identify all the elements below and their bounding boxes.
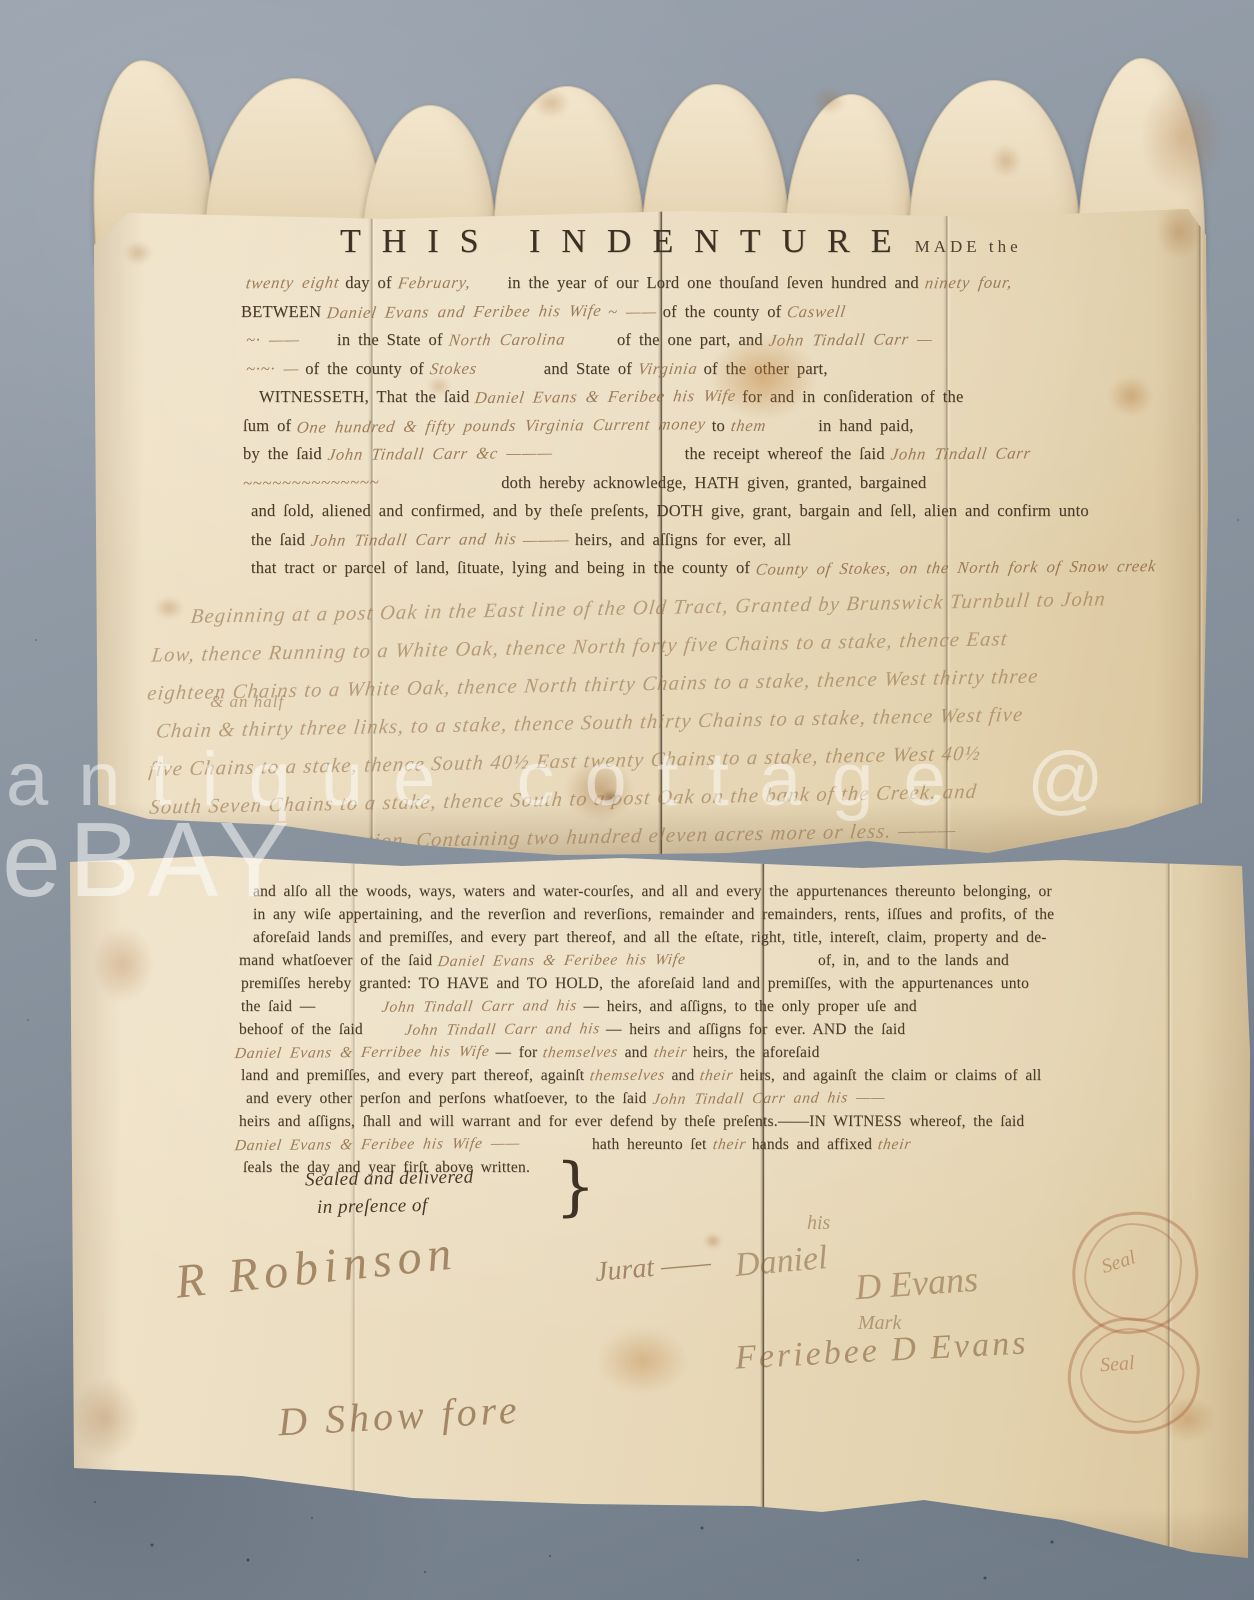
deed-line: land and premiſſes, and every part there… bbox=[238, 1064, 1254, 1087]
deed-line: the ſaid —John Tindall Carr and his— hei… bbox=[238, 995, 1254, 1018]
handwritten-text: ~·~· — bbox=[244, 354, 301, 383]
seal-label: Seal bbox=[1099, 1352, 1135, 1377]
handwritten-text: their bbox=[877, 1133, 913, 1156]
grantor2-signature: Feriebee D Evans bbox=[734, 1324, 1029, 1377]
witness-jurat-note: Jurat —— bbox=[594, 1247, 712, 1289]
deed-line: heirs and aſſigns, ſhall and will warran… bbox=[236, 1110, 1254, 1133]
handwritten-text: their bbox=[711, 1133, 747, 1156]
handwritten-text: John Tindall Carr and his bbox=[309, 525, 518, 555]
witness2-signature: D Show fore bbox=[277, 1386, 522, 1446]
deed-line: aforeſaid lands and premiſſes, and every… bbox=[250, 926, 1254, 949]
stain bbox=[1125, 58, 1240, 218]
attestation-brace: } bbox=[555, 1150, 596, 1224]
stain bbox=[700, 1230, 726, 1252]
handwritten-text: John Tindall Carr and his bbox=[381, 994, 579, 1019]
printed-text: in the State of bbox=[337, 330, 443, 349]
handwritten-text: ~~~~~~~~~~~~~~ bbox=[241, 468, 381, 498]
handwritten-text: ninety four, bbox=[923, 269, 1014, 298]
printed-text: heirs, the aforeſaid bbox=[693, 1044, 820, 1061]
printed-text: in hand paid, bbox=[818, 416, 913, 435]
printed-text: in any wiſe appertaining, and the reverſ… bbox=[253, 906, 1054, 923]
printed-text: ſum of bbox=[243, 416, 291, 435]
printed-text: by the ſaid bbox=[243, 444, 322, 463]
deed-line: ſum ofOne hundred & fifty pounds Virgini… bbox=[148, 412, 1158, 441]
stain bbox=[58, 1362, 153, 1474]
printed-text: premiſſes hereby granted: TO HAVE and TO… bbox=[241, 975, 1029, 992]
deed-line: premiſſes hereby granted: TO HAVE and TO… bbox=[238, 972, 1254, 995]
deed-line: and alſo all the woods, ways, waters and… bbox=[250, 880, 1254, 903]
printed-text: in the year of our Lord one thouſand ſev… bbox=[507, 273, 918, 292]
deed-line: the ſaidJohn Tindall Carr and his———heir… bbox=[148, 526, 1158, 555]
deed-upper-sheet: THIS INDENTUREMADE the twenty eightday o… bbox=[88, 55, 1210, 855]
stain bbox=[805, 82, 853, 120]
printed-text: and every other perſon and perſons whatſ… bbox=[246, 1090, 647, 1107]
handwritten-text: One hundred & fifty pounds Virginia Curr… bbox=[295, 410, 708, 442]
handwritten-text: twenty eight bbox=[244, 269, 341, 298]
printed-text: BETWEEN bbox=[241, 302, 321, 321]
witness-signature: R Robinson bbox=[173, 1225, 460, 1309]
handwritten-text: Daniel Evans & Feribee his Wife —— bbox=[233, 1132, 521, 1157]
handwritten-text: Daniel Evans and Feribee his Wife bbox=[325, 296, 603, 327]
printed-text: of the county of bbox=[305, 359, 424, 378]
printed-text: the receipt whereof the ſaid bbox=[685, 444, 885, 463]
printed-text: aforeſaid lands and premiſſes, and every… bbox=[253, 929, 1047, 946]
handwritten-text: Daniel Evans & Feribee his Wife bbox=[437, 948, 688, 973]
handwritten-text: John Tindall Carr and his —— bbox=[651, 1086, 887, 1111]
deed-line: by the ſaidJohn Tindall Carr &c ———the r… bbox=[148, 440, 1158, 469]
printed-text: — heirs and aſſigns for ever. AND the ſa… bbox=[606, 1021, 905, 1038]
handwritten-text: themselves bbox=[589, 1064, 667, 1088]
printed-text: behoof of the ſaid bbox=[239, 1021, 363, 1038]
handwritten-text: North Carolina bbox=[447, 325, 567, 355]
attestation-in-presence: in preſence of bbox=[317, 1195, 428, 1219]
stain bbox=[985, 138, 1027, 184]
printed-text: and bbox=[671, 1067, 694, 1084]
deed-lower-body: and alſo all the woods, ways, waters and… bbox=[62, 852, 1254, 1564]
deed-lower-sheet: and alſo all the woods, ways, waters and… bbox=[62, 852, 1254, 1564]
printed-text: and State of bbox=[544, 359, 632, 378]
stain bbox=[148, 592, 190, 624]
printed-text: that tract or parcel of land, ſituate, l… bbox=[251, 558, 750, 577]
deed-line: ~· ——in the State ofNorth Carolinaof the… bbox=[148, 326, 1158, 355]
interlined-correction: & an half bbox=[210, 692, 284, 712]
handwritten-text: Daniel Evans & Ferribee his Wife bbox=[233, 1040, 491, 1065]
stain bbox=[422, 372, 456, 400]
printed-text: and bbox=[625, 1044, 648, 1061]
grantor1-his-label: his bbox=[807, 1212, 830, 1235]
handwritten-text: Caswell bbox=[785, 297, 848, 326]
title-suffix: MADE the bbox=[915, 237, 1022, 256]
stain bbox=[1148, 196, 1210, 268]
fold-crease bbox=[1196, 205, 1204, 855]
title-text: THIS INDENTURE bbox=[340, 223, 913, 260]
handwritten-text: John Tindall Carr &c ——— bbox=[326, 439, 555, 469]
watermark-ebay: eBAY bbox=[2, 800, 297, 921]
deed-line: twenty eightday ofFebruary,in the year o… bbox=[148, 269, 1158, 298]
printed-text: hath hereunto ſet bbox=[592, 1136, 707, 1153]
printed-text: day of bbox=[345, 273, 391, 292]
printed-text: — heirs, and aſſigns, to the only proper… bbox=[584, 998, 917, 1015]
handwritten-text: John Tindall Carr bbox=[889, 439, 1033, 469]
deed-line: Daniel Evans & Feribee his Wife ——hath h… bbox=[232, 1133, 1254, 1156]
printed-text: land and premiſſes, and every part there… bbox=[241, 1067, 584, 1084]
handwritten-text: their bbox=[699, 1064, 735, 1087]
printed-text: and ſold, aliened and confirmed, and by … bbox=[251, 501, 1089, 520]
deed-line: that tract or parcel of land, ſituate, l… bbox=[148, 554, 1158, 583]
handwritten-text: themselves bbox=[542, 1041, 620, 1065]
printed-text: the ſaid — bbox=[241, 998, 315, 1015]
stain bbox=[1150, 1388, 1225, 1450]
handwritten-text: their bbox=[652, 1041, 688, 1064]
grantor1-first-name: Daniel bbox=[734, 1239, 830, 1285]
deed-line: Daniel Evans & Ferribee his Wife— forthe… bbox=[232, 1041, 1254, 1064]
deed-line: BETWEENDaniel Evans and Feribee his Wife… bbox=[148, 298, 1158, 327]
deed-line: behoof of the ſaidJohn Tindall Carr and … bbox=[236, 1018, 1254, 1041]
handwritten-text: ——— bbox=[521, 525, 571, 554]
deed-line: WITNESSETH, That the ſaidDaniel Evans & … bbox=[148, 383, 1158, 412]
printed-text: hands and affixed bbox=[752, 1136, 872, 1153]
deed-line: ~~~~~~~~~~~~~~doth hereby acknowledge, H… bbox=[148, 469, 1158, 498]
grantor1-mark-signature: D Evans bbox=[854, 1258, 980, 1308]
deed-line: and ſold, aliened and confirmed, and by … bbox=[148, 497, 1158, 526]
document-title: THIS INDENTUREMADE the bbox=[148, 223, 1158, 261]
printed-text: — for bbox=[495, 1044, 537, 1061]
printed-text: heirs and aſſigns, ſhall and will warran… bbox=[239, 1113, 1024, 1130]
attestation-sealed-delivered: Sealed and delivered bbox=[305, 1167, 474, 1192]
printed-text: mand whatſoever of the ſaid bbox=[239, 952, 432, 969]
deed-text-block: and alſo all the woods, ways, waters and… bbox=[250, 880, 1254, 1179]
stain bbox=[118, 236, 158, 270]
deed-line: mand whatſoever of the ſaidDaniel Evans … bbox=[236, 949, 1254, 972]
stain bbox=[1100, 368, 1162, 424]
printed-text: and alſo all the woods, ways, waters and… bbox=[253, 883, 1052, 900]
stain bbox=[688, 318, 838, 436]
deed-line: and every other perſon and perſons whatſ… bbox=[243, 1087, 1254, 1110]
handwritten-text: ~· —— bbox=[244, 326, 302, 355]
handwritten-text: February, bbox=[396, 269, 473, 298]
stain bbox=[580, 1315, 705, 1407]
handwritten-text: John Tindall Carr and his bbox=[403, 1017, 601, 1042]
photo-of-indenture-document: THIS INDENTUREMADE the twenty eightday o… bbox=[0, 0, 1254, 1600]
printed-text: heirs, and aſſigns for ever, all bbox=[575, 530, 791, 549]
printed-text: the ſaid bbox=[251, 530, 305, 549]
stain bbox=[525, 82, 577, 124]
stain bbox=[80, 912, 165, 1017]
printed-text: heirs, and againſt the claim or claims o… bbox=[740, 1067, 1042, 1084]
deed-line: ~·~· —of the county ofStokesand State of… bbox=[148, 355, 1158, 384]
deed-line: in any wiſe appertaining, and the reverſ… bbox=[250, 903, 1254, 926]
printed-text: of, in, and to the lands and bbox=[818, 952, 1009, 969]
printed-text: doth hereby acknowledge, HATH given, gra… bbox=[501, 473, 926, 492]
handwritten-text: ~ —— bbox=[606, 297, 659, 326]
seal-label: Seal bbox=[1099, 1246, 1139, 1279]
